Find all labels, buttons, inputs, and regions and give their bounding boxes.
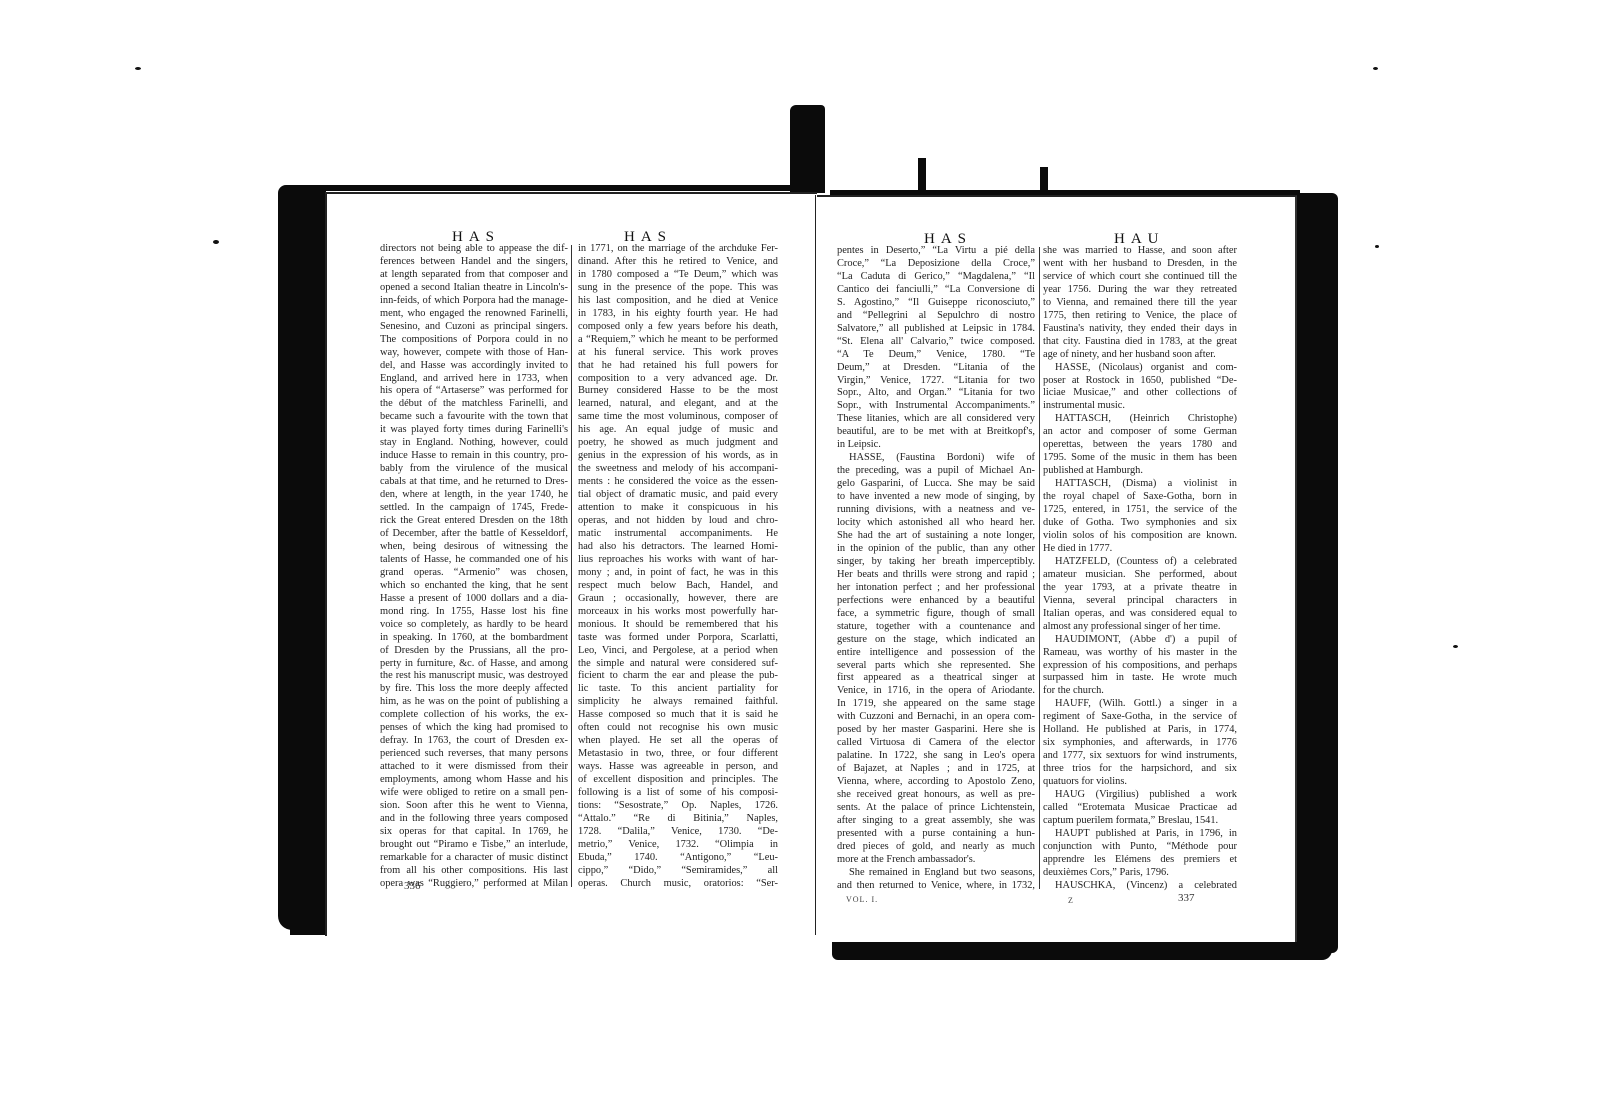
text-line: defray. In 1763, the court of Dresden ex… (380, 735, 568, 748)
text-line: in 1783, in his eighty fourth year. He h… (578, 308, 778, 321)
text-line: poser at Rostock in 1650, published “De- (1043, 375, 1237, 388)
text-line: simplicity he always remained faithful. (578, 696, 778, 709)
text-line: HASSE, (Nicolaus) organist and com- (1043, 362, 1237, 375)
text-line: for the church. (1043, 685, 1237, 698)
text-line: inn-feids, of which Porpora had the mana… (380, 295, 568, 308)
text-line: sion. Soon after this he went to Vienna, (380, 800, 568, 813)
book-cover-left-edge (278, 185, 326, 930)
text-line: dred pieces of gold, and nearly as much (837, 841, 1035, 854)
text-line: Deum,” at Dresden. “Litania of the (837, 362, 1035, 375)
text-line: age of ninety, and her husband soon afte… (1043, 349, 1237, 362)
text-line: instrumental music. (1043, 400, 1237, 413)
text-line: which so enchanted the king, that he sen… (380, 580, 568, 593)
text-line: Burney considered Hasse to be the most (578, 385, 778, 398)
text-line: Faustina's nativity, they ended their da… (1043, 323, 1237, 336)
text-line: sents. At the palace of prince Lichtenst… (837, 802, 1035, 815)
text-line: published at Hamburgh. (1043, 465, 1237, 478)
text-line: face, a symmetric figure, though of smal… (837, 608, 1035, 621)
text-line: “A Te Deum,” Venice, 1780. “Te (837, 349, 1035, 362)
text-line: when played. He set all the operas of (578, 735, 778, 748)
text-line: HASSE, (Faustina Bordoni) wife of (837, 452, 1035, 465)
text-line: mony ; and, in point of fact, he was in … (578, 567, 778, 580)
text-line: attached to it were dismissed from their (380, 761, 568, 774)
text-line: went with her husband to Dresden, in the (1043, 258, 1237, 271)
text-line: a “Requiem,” which he meant to be perfor… (578, 334, 778, 347)
text-line: him, as he was on the point of publishin… (380, 696, 568, 709)
text-line: from all his other compositions. His las… (380, 865, 568, 878)
text-line: year 1756. During the war they retreated (1043, 284, 1237, 297)
text-column-2: in 1771, on the marriage of the archduke… (578, 243, 778, 891)
text-line: S. Agostino,” “Il Guiseppe riconosciuto,… (837, 297, 1035, 310)
text-line: the simple and natural were considered s… (578, 658, 778, 671)
text-line: ways. Hasse was agreeable in person, and (578, 761, 778, 774)
text-line: perty in furniture, &c. of Hasse, and am… (380, 658, 568, 671)
text-line: his age. An equal judge of music and (578, 424, 778, 437)
text-line: Ebuda,” 1740. “Antigono,” “Leu- (578, 852, 778, 865)
text-line: wife were obliged to retire on a small p… (380, 787, 568, 800)
text-line: it was played forty times during Farinel… (380, 424, 568, 437)
text-line: liciae Musicae,” and other collections o… (1043, 387, 1237, 400)
text-line: that city. Faustina died in 1783, at the… (1043, 336, 1237, 349)
text-line: when, being desirous of witnessing the (380, 541, 568, 554)
text-line: Venice, in 1716, in the opera of Ariodan… (837, 685, 1035, 698)
text-line: Graun ; occasionally, however, there are (578, 593, 778, 606)
text-line: composition to a very advanced age. Dr. (578, 373, 778, 386)
text-line: Hasse a present of 1000 dollars and a di… (380, 593, 568, 606)
text-line: to Vienna, and remained there till the y… (1043, 297, 1237, 310)
text-line: and 1777, six sextuors for wind instrume… (1043, 750, 1237, 763)
text-line: conjunction with Punto, “Méthode pour (1043, 841, 1237, 854)
text-line: matic instrumental accompaniments. He (578, 528, 778, 541)
text-line: at his funeral service. This work proves (578, 347, 778, 360)
text-line: operas. Church music, oratorios: “Ser- (578, 878, 778, 891)
text-line: employments, among whom Hasse and his (380, 774, 568, 787)
text-line: Rameau, was worthy of his master in the (1043, 647, 1237, 660)
text-line: ferences between Handel and the singers, (380, 256, 568, 269)
scan-speck (213, 240, 219, 244)
text-line: apprendre les Elémens des premiers et (1043, 854, 1237, 867)
binding-tab (790, 105, 825, 193)
text-line: entire intelligence and possession of th… (837, 647, 1035, 660)
text-line: bably from the virulence of the musical (380, 463, 568, 476)
text-line: cippo,” “Dido,” “Semiramides,” all (578, 865, 778, 878)
scan-speck (1453, 645, 1458, 648)
text-line: HAUFF, (Wilh. Gottl.) a singer in a (1043, 698, 1237, 711)
text-line: Cantico dei fanciulli,” “La Conversione … (837, 284, 1035, 297)
text-line: Leo, Vinci, and Pergolese, at a period w… (578, 645, 778, 658)
text-line: that he had retained his full powers for (578, 360, 778, 373)
text-line: her intonation perfect ; and her profess… (837, 582, 1035, 595)
text-line: The compositions of Porpora could in no (380, 334, 568, 347)
text-line: beautiful, are to be met with at Breitko… (837, 426, 1035, 439)
text-line: presented with a purse containing a hun- (837, 828, 1035, 841)
text-line: perfections were enhanced by a beautiful (837, 595, 1035, 608)
text-line: Salvatore,” all published at Leipsic in … (837, 323, 1035, 336)
text-line: at length separated from that composer a… (380, 269, 568, 282)
text-line: had also his detractors. The learned Hom… (578, 541, 778, 554)
text-line: remarkable for a character of music dist… (380, 852, 568, 865)
text-line: and then returned to Venice, where, in 1… (837, 880, 1035, 893)
text-line: genius in the expression of his words, a… (578, 450, 778, 463)
text-line: England, and arrived here in 1733, when (380, 373, 568, 386)
text-line: first appeared as a theatrical singer at (837, 672, 1035, 685)
text-line: HATZFELD, (Countess of) a celebrated (1043, 556, 1237, 569)
text-line: directors not being able to appease the … (380, 243, 568, 256)
text-line: the year 1793, at a private theatre in (1043, 582, 1237, 595)
text-line: mond ring. In 1755, Hasse lost his fine (380, 606, 568, 619)
text-line: She remained in England but two seasons, (837, 867, 1035, 880)
text-line: respect much below Bach, Handel, and (578, 580, 778, 593)
text-line: Hasse composed so much that it is said h… (578, 709, 778, 722)
text-line: Sopr., with Instrumental Accompaniments.… (837, 400, 1035, 413)
text-line: 1725, entered, in 1751, the service of t… (1043, 504, 1237, 517)
text-line: operas, and not hidden by loud and chro- (578, 515, 778, 528)
text-line: 1775, then retiring to Venice, the place… (1043, 310, 1237, 323)
text-line: composed only a few years before his dea… (578, 321, 778, 334)
text-line: became such a favourite with the town th… (380, 411, 568, 424)
text-line: “Attalo.” “Re di Bitinia,” Naples, (578, 813, 778, 826)
text-line: tions: “Sesostrate,” Op. Naples, 1726. (578, 800, 778, 813)
text-line: service of which court she continued til… (1043, 271, 1237, 284)
text-line: 1795. Some of the music in them has been (1043, 452, 1237, 465)
text-line: Metastasio in two, three, or four differ… (578, 748, 778, 761)
column-rule (1039, 247, 1040, 889)
text-line: dinand. After this he retired to Venice,… (578, 256, 778, 269)
text-line: brought out “Piramo e Tisbe,” an interlu… (380, 839, 568, 852)
text-line: stay in England. Nothing, however, could (380, 437, 568, 450)
bookmark-tab-2 (1040, 167, 1048, 193)
text-line: HAUPT published at Paris, in 1796, in (1043, 828, 1237, 841)
text-line: his last composition, and he died at Ven… (578, 295, 778, 308)
text-line: stature, together with a countenance and (837, 621, 1035, 634)
text-line: “La Caduta di Gerico,” “Magdalena,” “Il (837, 271, 1035, 284)
text-line: singer, by taking her breath imperceptib… (837, 556, 1035, 569)
column-rule (571, 245, 572, 887)
text-line: deuxièmes Cors,” Paris, 1796. (1043, 867, 1237, 880)
text-line: an actor and composer of some German (1043, 426, 1237, 439)
text-line: the royal chapel of Saxe-Gotha, born in (1043, 491, 1237, 504)
text-line: Croce,” “La Deposizione della Croce,” (837, 258, 1035, 271)
text-line: the preceding, was a pupil of Michael An… (837, 465, 1035, 478)
text-line: Her beats and thrills were strong and ra… (837, 569, 1035, 582)
signature-mark: Z (1068, 896, 1074, 905)
text-line: of December, after the battle of Kesseld… (380, 528, 568, 541)
volume-signature: VOL. I. (846, 895, 878, 904)
text-line: captum puerilem formata,” Breslau, 1541. (1043, 815, 1237, 828)
text-line: of Dresden by the Prussians, all the pro… (380, 645, 568, 658)
text-line: gesture on the stage, which indicated an (837, 634, 1035, 647)
text-line: expression of his compositions, and perh… (1043, 660, 1237, 673)
text-line: called Virtuosa di Camera of the elector (837, 737, 1035, 750)
book-gutter (815, 195, 816, 935)
text-column-3: pentes in Deserto,” “La Virtu a pié dell… (837, 245, 1035, 893)
text-line: six symphonies, and afterwards, in 1776 (1043, 737, 1237, 750)
text-line: his opera of “Artaserse” was performed f… (380, 385, 568, 398)
text-line: “St. Elena all' Calvario,” twice compose… (837, 336, 1035, 349)
text-line: the début of the matchless Farinelli, an… (380, 398, 568, 411)
text-line: poetry, he showed as much judgment and (578, 437, 778, 450)
text-line: to have invented a new mode of singing, … (837, 491, 1035, 504)
text-line: She had the art of sustaining a note lon… (837, 530, 1035, 543)
text-line: in Leipsic. (837, 439, 1035, 452)
text-line: Senesino, and Cuzoni as principal singer… (380, 321, 568, 334)
text-line: locity which astonished all who heard he… (837, 517, 1035, 530)
text-line: Vienna, several principal characters in (1043, 595, 1237, 608)
text-line: Sopr., Alto, and Organ.” “Litania for tw… (837, 387, 1035, 400)
text-line: morceaux in his works most powerfully ha… (578, 606, 778, 619)
text-line: monious. It should be remembered that hi… (578, 619, 778, 632)
text-line: of Bajazet, at Naples ; and in 1725, at (837, 763, 1035, 776)
text-line: almost any professional singer of her ti… (1043, 621, 1237, 634)
text-line: and “Pellegrini al Sepulchro di nostro (837, 310, 1035, 323)
text-line: the sweetness and melody of his accompan… (578, 463, 778, 476)
text-line: complete collection of his works, the ex… (380, 709, 568, 722)
text-line: penses of which the king had promised to (380, 722, 568, 735)
text-line: ments : he considered the voice as the e… (578, 476, 778, 489)
text-line: palatine. In 1722, she sang in Leo's ope… (837, 750, 1035, 763)
text-line: the rest his manuscript music, was destr… (380, 670, 568, 683)
text-line: HAUG (Virgilius) published a work (1043, 789, 1237, 802)
page-number: 336 (404, 880, 421, 892)
text-line: rick the Great entered Dresden on the 18… (380, 515, 568, 528)
text-line: with Cuzzoni and Bernachi, in an opera c… (837, 711, 1035, 724)
text-line: HATTASCH, (Heinrich Christophe) (1043, 413, 1237, 426)
text-line: learned, natural, and elegant, and at th… (578, 398, 778, 411)
text-line: HAUSCHKA, (Vincenz) a celebrated (1043, 880, 1237, 893)
text-line: operettas, between the years 1780 and (1043, 439, 1237, 452)
text-line: In 1719, she appeared on the same stage (837, 698, 1035, 711)
text-line: opened a second Italian theatre in Linco… (380, 282, 568, 295)
text-line: metrio,” Venice, 1732. “Olimpia in (578, 839, 778, 852)
text-line: sung in the presence of the pope. This w… (578, 282, 778, 295)
text-line: quatuors for violins. (1043, 776, 1237, 789)
text-line: del, and Hasse was accordingly invited t… (380, 360, 568, 373)
text-column-4: she was married to Hasse, and soon after… (1043, 245, 1237, 893)
text-line: ficient to charm the ear and please the … (578, 670, 778, 683)
text-column-1: directors not being able to appease the … (380, 243, 568, 891)
text-line: Vienna, where, according to Apostolo Zen… (837, 776, 1035, 789)
text-line: grand operas. “Armenio” was chosen, (380, 567, 568, 580)
text-line: cabals at that time, and he returned to … (380, 476, 568, 489)
text-line: gelo Gasparini, of Lucca. She may be sai… (837, 478, 1035, 491)
text-line: HATTASCH, (Disma) a violinist in (1043, 478, 1237, 491)
text-line: by fire. This loss the more deeply affec… (380, 683, 568, 696)
text-line: lius reproaches his works with want of h… (578, 554, 778, 567)
text-line: tial object of dramatic music, and paid … (578, 489, 778, 502)
text-line: taste was formed under Porpora, Scarlatt… (578, 632, 778, 645)
text-line: running divisions, with a neatness and v… (837, 504, 1035, 517)
text-line: posed by her master Gasparini. Here she … (837, 724, 1035, 737)
text-line: duke of Gotha. Two symphonies and six (1043, 517, 1237, 530)
text-line: ment, who engaged the renowned Farinelli… (380, 308, 568, 321)
text-line: in 1771, on the marriage of the archduke… (578, 243, 778, 256)
text-line: three trios for the harpsichord, and six (1043, 763, 1237, 776)
text-line: called “Erotemata Musicae Practicae ad (1043, 802, 1237, 815)
text-line: settled. In the campaign of 1745, Frede- (380, 502, 568, 515)
text-line: talents of Hasse, he commanded one of hi… (380, 554, 568, 567)
text-line: 1728. “Dalila,” Venice, 1730. “De- (578, 826, 778, 839)
text-line: attention to make it conspicuous in his (578, 502, 778, 515)
text-line: voice so completely, as hardly to be hea… (380, 619, 568, 632)
text-line: Virgin,” Venice, 1727. “Litania for two (837, 375, 1035, 388)
text-line: six operas for that capital. In 1769, he (380, 826, 568, 839)
text-line: in speaking. In 1760, at the bombardment (380, 632, 568, 645)
text-line: in 1780 composed a “Te Deum,” which was (578, 269, 778, 282)
text-line: These litanies, which are all considered… (837, 413, 1035, 426)
text-line: she was married to Hasse, and soon after (1043, 245, 1237, 258)
text-line: Holland. He published at Paris, in 1774, (1043, 724, 1237, 737)
scan-speck (135, 67, 141, 70)
text-line: regiment of Saxe-Gotha, in the service o… (1043, 711, 1237, 724)
text-line: amateur musician. She performed, about (1043, 569, 1237, 582)
text-line: Italian operas, and was considered equal… (1043, 608, 1237, 621)
text-line: surpassed him in taste. He wrote much (1043, 672, 1237, 685)
book-cover-top-left (310, 185, 810, 191)
text-line: HAUDIMONT, (Abbe d') a pupil of (1043, 634, 1237, 647)
text-line: lic taste. To this ancient partiality fo… (578, 683, 778, 696)
book-cover-right-edge (1290, 193, 1338, 953)
text-line: in the opinion of the public, than any o… (837, 543, 1035, 556)
text-line: violin solos of his composition are know… (1043, 530, 1237, 543)
text-line: induce Hasse to remain in this country, … (380, 450, 568, 463)
text-line: more at the French ambassador's. (837, 854, 1035, 867)
text-line: same time the most voluminous, composer … (578, 411, 778, 424)
bookmark-tab-1 (918, 158, 926, 192)
page-number: 337 (1178, 892, 1195, 904)
text-line: den, where at length, in the year 1740, … (380, 489, 568, 502)
text-line: after singing to a great assembly, she w… (837, 815, 1035, 828)
text-line: perienced such reverses, that many perso… (380, 748, 568, 761)
text-line: of excellent disposition and principles.… (578, 774, 778, 787)
text-line: and in the following three years compose… (380, 813, 568, 826)
text-line: following is a list of some of his compo… (578, 787, 778, 800)
text-line: He died in 1777. (1043, 543, 1237, 556)
scan-speck (1373, 67, 1378, 70)
text-line: often could not recognise his own music (578, 722, 778, 735)
text-line: she received great honours, as well as p… (837, 789, 1035, 802)
text-line: several parts which she represented. She (837, 660, 1035, 673)
text-line: pentes in Deserto,” “La Virtu a pié dell… (837, 245, 1035, 258)
text-line: way, however, compete with those of Han- (380, 347, 568, 360)
scan-speck (1375, 245, 1379, 248)
